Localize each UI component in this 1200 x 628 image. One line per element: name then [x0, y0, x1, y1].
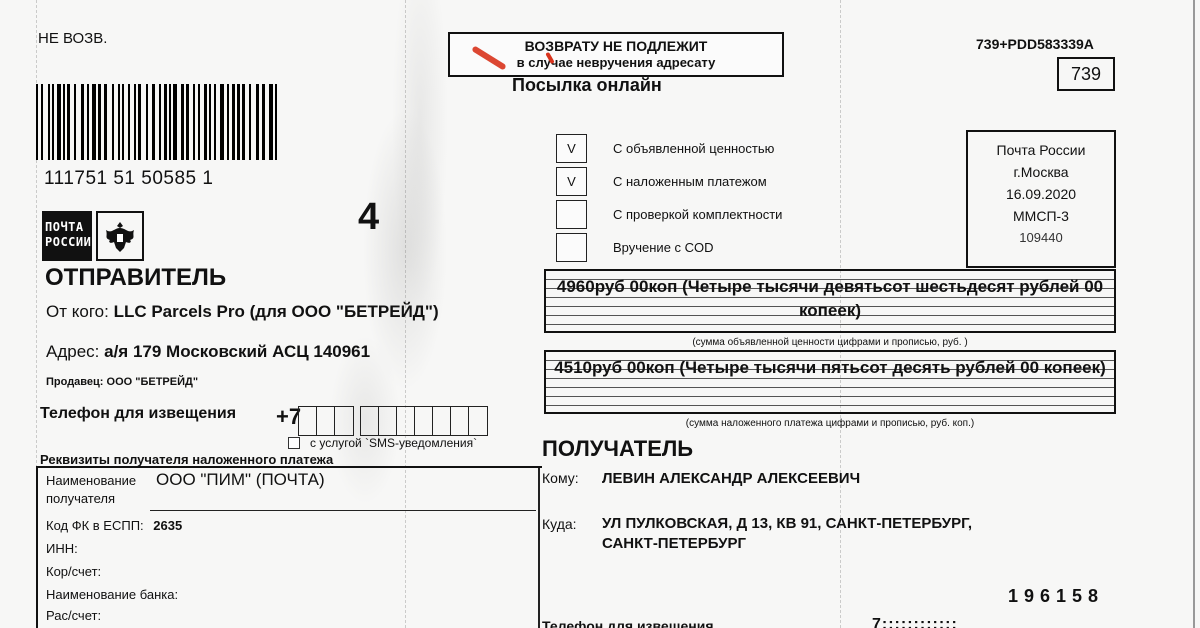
payment-details-box: Наименование получателя ООО "ПИМ" (ПОЧТА… [36, 466, 542, 628]
barcode-bar [275, 84, 277, 160]
logo-line1: ПОЧТА [45, 220, 89, 235]
barcode-bar [118, 84, 120, 160]
checkbox[interactable]: V [556, 134, 587, 163]
recipient-name-value: ООО "ПИМ" (ПОЧТА) [156, 470, 325, 490]
recipient-title: ПОЛУЧАТЕЛЬ [542, 436, 693, 462]
box-code: 739 [1057, 57, 1115, 91]
office-index: 109440 [968, 227, 1114, 249]
bank-name-label: Наименование банка: [46, 587, 178, 602]
barcode-bar [186, 84, 189, 160]
not-returnable-label: НЕ ВОЗВ. [38, 30, 107, 47]
page-edge [1193, 0, 1195, 628]
option-label: С наложенным платежом [613, 174, 767, 189]
barcode-bar [98, 84, 101, 160]
address-label: Адрес: [46, 342, 99, 361]
barcode-bar [237, 84, 239, 160]
option-completeness-check[interactable]: С проверкой комплектности [556, 198, 782, 231]
barcode-bar [152, 84, 155, 160]
barcode-bar [198, 84, 200, 160]
office-org: Почта России [968, 139, 1114, 161]
logo-line2: РОССИИ [45, 235, 89, 250]
service-options: V С объявленной ценностью V С наложенным… [556, 132, 782, 264]
declared-value-caption: (сумма объявленной ценности цифрами и пр… [544, 337, 1116, 348]
barcode-bar [173, 84, 176, 160]
barcode-bar [249, 84, 251, 160]
recipient-phone-value: 7:::::::::::: [872, 616, 958, 628]
barcode-bar [81, 84, 84, 160]
eagle-glyph [100, 216, 140, 256]
barcode-bar [57, 84, 60, 160]
seller: Продавец: ООО "БЕТРЕЙД" [46, 376, 198, 388]
service-name: Посылка онлайн [512, 75, 662, 96]
not-returnable-stamp: ВОЗВРАТУ НЕ ПОДЛЕЖИТ в случае невручения… [448, 32, 784, 77]
sender-from: От кого: LLC Parcels Pro (для ООО "БЕТРЕ… [46, 302, 439, 322]
office-city: г.Москва [968, 161, 1114, 183]
account-label: Рас/счет: [46, 608, 101, 623]
barcode-bar [159, 84, 161, 160]
barcode-bar [181, 84, 184, 160]
where-line1: УЛ ПУЛКОВСКАЯ, Д 13, КВ 91, САНКТ-ПЕТЕРБ… [602, 514, 972, 534]
logo-wordmark: ПОЧТА РОССИИ [42, 211, 92, 261]
checkbox[interactable] [556, 200, 587, 229]
option-label: С проверкой комплектности [613, 207, 782, 222]
barcode-bar [104, 84, 107, 160]
from-label: От кого: [46, 302, 109, 321]
barcode-bar [92, 84, 95, 160]
recipient-address: Куда: УЛ ПУЛКОВСКАЯ, Д 13, КВ 91, САНКТ-… [542, 514, 972, 554]
to-value: ЛЕВИН АЛЕКСАНДР АЛЕКСЕЕВИЧ [602, 470, 860, 487]
barcode-bar [87, 84, 89, 160]
sort-digit: 4 [358, 196, 379, 239]
sender-title: ОТПРАВИТЕЛЬ [45, 264, 226, 292]
barcode-bar [74, 84, 76, 160]
barcode-bar [232, 84, 235, 160]
barcode-bar [146, 84, 148, 160]
barcode-bar [122, 84, 124, 160]
barcode-bar [209, 84, 211, 160]
stamp-line1: ВОЗВРАТУ НЕ ПОДЛЕЖИТ [450, 38, 782, 54]
double-headed-eagle-icon [96, 211, 144, 261]
checkbox[interactable]: V [556, 167, 587, 196]
barcode-bar [128, 84, 130, 160]
barcode-bar [214, 84, 216, 160]
barcode-bar [67, 84, 70, 160]
where-line2: САНКТ-ПЕТЕРБУРГ [602, 534, 972, 554]
phone-number-cells[interactable] [360, 406, 488, 436]
sender-address: Адрес: а/я 179 Московский АСЦ 140961 [46, 342, 370, 362]
barcode-bar [41, 84, 43, 160]
to-label: Кому: [542, 470, 602, 486]
barcode-bar [220, 84, 223, 160]
barcode-bar [169, 84, 171, 160]
cod-amount: 4510руб 00коп (Четыре тысячи пятьсот дес… [544, 350, 1116, 414]
barcode-bar [204, 84, 206, 160]
option-declared-value[interactable]: V С объявленной ценностью [556, 132, 782, 165]
barcode-bar [227, 84, 229, 160]
office-date: 16.09.2020 [968, 183, 1114, 205]
barcode-bar [242, 84, 245, 160]
recipient-to: Кому:ЛЕВИН АЛЕКСАНДР АЛЕКСЕЕВИЧ [542, 470, 860, 487]
post-office-stamp: Почта России г.Москва 16.09.2020 ММСП-3 … [966, 130, 1116, 268]
sms-notification-option[interactable]: с услугой `SMS-уведомления` [288, 436, 477, 450]
barcode-bar [134, 84, 136, 160]
option-label: Вручение с COD [613, 240, 714, 255]
fk-code-value: 2635 [153, 518, 182, 533]
barcode-bar [256, 84, 259, 160]
option-cod[interactable]: V С наложенным платежом [556, 165, 782, 198]
recipient-name-label: Наименование получателя [46, 472, 152, 508]
barcode-bar [48, 84, 50, 160]
declared-value-amount: 4960руб 00коп (Четыре тысячи девятьсот ш… [544, 269, 1116, 333]
sender-phone-field[interactable] [298, 406, 488, 436]
address-value: а/я 179 Московский АСЦ 140961 [104, 342, 370, 361]
sender-phone-label: Телефон для извещения [40, 405, 236, 423]
sms-label: с услугой `SMS-уведомления` [310, 436, 477, 450]
option-label: С объявленной ценностью [613, 141, 774, 156]
sms-checkbox[interactable] [288, 437, 300, 449]
barcode-bar [193, 84, 195, 160]
cod-amount-caption: (сумма наложенного платежа цифрами и про… [544, 418, 1116, 429]
barcode-bar [63, 84, 65, 160]
checkbox[interactable] [556, 233, 587, 262]
divider [538, 468, 540, 628]
fk-code-row: Код ФК в ЕСПП: 2635 [46, 518, 182, 533]
office-facility: ММСП-3 [968, 205, 1114, 227]
barcode-bar [52, 84, 54, 160]
inn-label: ИНН: [46, 541, 78, 556]
recipient-postcode: 196158 [1008, 586, 1104, 607]
barcode-bar [269, 84, 272, 160]
corr-account-label: Кор/счет: [46, 564, 101, 579]
russian-post-logo: ПОЧТА РОССИИ [42, 211, 144, 261]
underline [150, 510, 536, 511]
fk-code-label: Код ФК в ЕСПП: [46, 518, 144, 533]
from-value: LLC Parcels Pro (для ООО "БЕТРЕЙД") [114, 302, 439, 321]
payment-details-title: Реквизиты получателя наложенного платежа [40, 452, 333, 467]
barcode-bar [262, 84, 265, 160]
barcode-bar [164, 84, 167, 160]
phone-code-cells[interactable] [298, 406, 354, 436]
barcode-bar [36, 84, 38, 160]
barcode-bar [138, 84, 141, 160]
where-label: Куда: [542, 514, 602, 554]
barcode [36, 84, 280, 160]
recipient-phone-label: Телефон для извещения [542, 618, 714, 628]
barcode-bar [112, 84, 114, 160]
tracking-code: 739+PDD583339A [976, 36, 1094, 52]
barcode-number: 111751 51 50585 1 [44, 168, 213, 190]
option-delivery-cod[interactable]: Вручение с COD [556, 231, 782, 264]
